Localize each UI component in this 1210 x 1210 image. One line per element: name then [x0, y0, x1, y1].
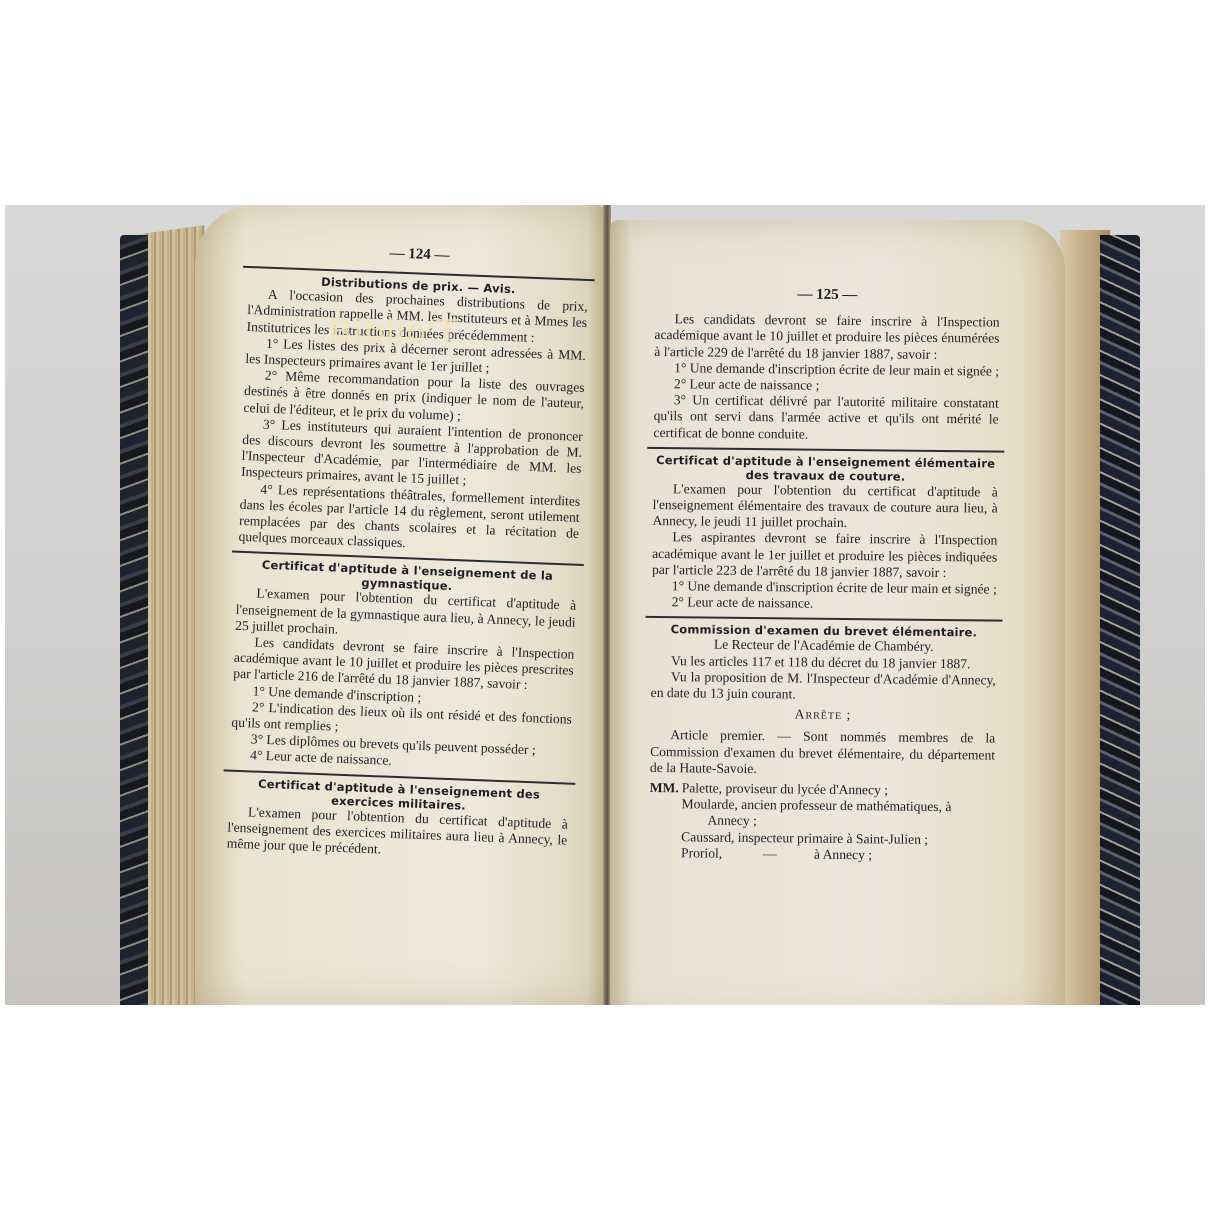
- paragraph: Vu la proposition de M. l'Inspecteur d'A…: [651, 669, 996, 705]
- book-photo: — 124 — Distributions de prix. — Avis. A…: [5, 205, 1205, 1005]
- paragraph: L'examen pour l'obtention du certificat …: [652, 481, 997, 533]
- paragraph: Article premier. — Sont nommés membres d…: [650, 727, 995, 779]
- paragraph: Les aspirantes devront se faire inscrire…: [652, 529, 997, 581]
- watermark-logo: Biblio'T...: [330, 312, 489, 351]
- page-number: — 124 —: [249, 240, 589, 269]
- paragraph: 3° Un certificat délivré par l'autorité …: [653, 392, 998, 444]
- left-page: — 124 — Distributions de prix. — Avis. A…: [195, 205, 605, 1005]
- members-label: MM.: [649, 780, 682, 861]
- page-number: — 125 —: [655, 285, 1000, 305]
- right-page-text: — 125 — Les candidats devront se faire i…: [649, 285, 1000, 865]
- paragraph: Les candidats devront se faire inscrire …: [654, 311, 999, 363]
- right-marbled-cover: [1100, 235, 1140, 1005]
- section-heading: Certificat d'aptitude à l'enseignement é…: [653, 453, 998, 485]
- member-entry: Proriol, — à Annecy ;: [681, 845, 951, 864]
- members-list: MM. Palette, proviseur du lycée d'Annecy…: [649, 780, 995, 865]
- divider: [646, 616, 1003, 622]
- left-marbled-cover: [120, 235, 148, 1005]
- paragraph: 4° Les représentations théâtrales, forme…: [238, 480, 580, 558]
- right-page: — 125 — Les candidats devront se faire i…: [610, 220, 1065, 1005]
- paragraph: 2° Leur acte de naissance.: [652, 594, 997, 614]
- divider: [647, 447, 1004, 453]
- arrete-line: Arrête ;: [650, 705, 995, 725]
